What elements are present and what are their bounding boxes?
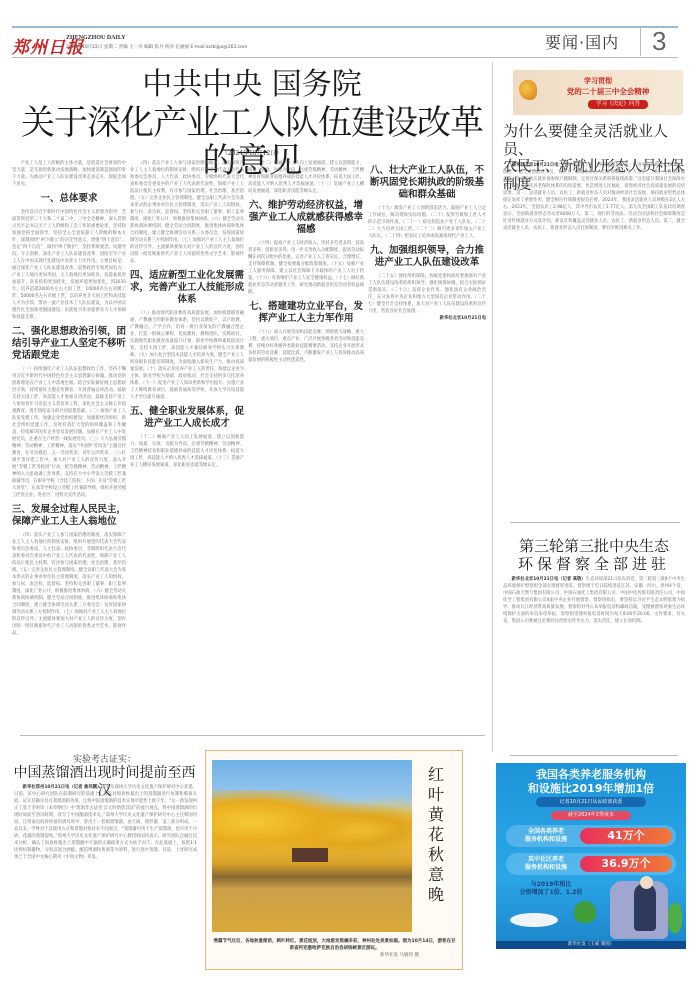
right-article2-title-line1: 第三轮第三批中央生态 (503, 537, 685, 555)
stat-label-total-line1: 全国各类养老 (512, 828, 580, 836)
archaeology-body: 新华社郑州10月21日电（记者 桑邦鹏）记者从郑州大学历史文化遗产保护研究中心获… (14, 784, 197, 964)
right-article1-text: 《中共中央关于进一步全面深化改革、推进中国式现代化的决定》指出：“健全灵活就业人… (503, 163, 685, 231)
elderly-care-infographic: 我国各类养老服务机构 和设施比2019年增加1倍 记者10月21日从民政部获悉 … (496, 763, 686, 949)
section-divider (640, 28, 641, 56)
article-column-1: 产业工人是工人阶级的主体力量，是创造社会财富的中坚力量，是实施创新驱动发展战略、… (12, 160, 126, 725)
section-heading-8: 八、壮大产业工人队伍，不断巩固党长期执政的阶级基础和群众基础 (368, 165, 486, 201)
right-article2-body: 新华社北京10月21日电（记者 高敬）生态环境部21日发布消息，第三轮第三批8个… (503, 576, 685, 748)
archaeology-text: 记者从郑州大学历史文化遗产保护研究中心获悉，日前，该中心研究团队在前期研究的基础… (14, 785, 197, 860)
comparison-line1: 与2019年相比 (506, 881, 596, 889)
autumn-landscape-photo (212, 760, 412, 932)
section-body-6: （十四）提高产业工人经济收入。坚持多劳者多得，技高者多得，创新者多得。进一步完善… (248, 240, 364, 296)
section-body-1: 坚持以习近平新时代中国特色社会主义思想为指导，全面贯彻党的二十大和二十届二中、三… (12, 209, 126, 321)
plant-illustration-right (668, 903, 682, 933)
section-body-9: （二十五）强化组织保障。各级党委和政府要加强对产业工人队伍建设改革的组织领导，强… (368, 273, 486, 315)
right-article2-title-line2: 环保督察全部进驻 (503, 555, 685, 573)
article-column-4: 八、壮大产业工人队伍，不断巩固党长期执政的阶级基础和群众基础 （十九）激发产业工… (368, 160, 486, 725)
infographic-title-line1: 我国各类养老服务机构 (496, 768, 686, 782)
study-banner: 学习贯彻 党的二十届三中全会精神 学习《决定》问答 (513, 70, 683, 115)
section-body-3-cont: （四）落实产业工人参与国家治理的制度。落实保障产业工人主人翁地位的制度安排，组织… (130, 160, 244, 265)
banner-line1: 学习贯彻 (513, 76, 683, 86)
column-divider (492, 62, 493, 752)
section-body-5-cont: （十二）畅通产业工人向上发展通道。建立以创新能力、质量、实效、贡献为导向，注重劳… (248, 160, 364, 195)
section-heading-2: 二、强化思想政治引领，团结引导产业工人坚定不移听党话跟党走 (12, 326, 126, 362)
right-divider-2 (510, 755, 678, 756)
banner-tag: 学习《决定》问答 (588, 100, 648, 109)
right-article2-headline: 第三轮第三批中央生态 环保督察全部进驻 (503, 537, 685, 573)
section-body-4: （八）推动现代职业教育高质量发展。加快构建职普融通、产教融合的职业教育体系，坚持… (130, 310, 244, 401)
side-table-illustration (510, 913, 558, 927)
pavilion-illustration (292, 848, 328, 862)
right-article2-byline: 新华社北京10月21日电（记者 高敬） (512, 577, 586, 582)
archaeology-byline: 新华社郑州10月21日电（记者 桑邦鹏） (23, 785, 102, 790)
section-body-7: （十八）深入开展劳动和技能竞赛。围绕重大战略、重大工程、重大项目、重点产业，广泛… (248, 329, 364, 364)
infographic-credit: 新华社发（王威 制图） (496, 941, 686, 949)
stat-value-community: 36.9万个 (580, 856, 672, 872)
right-article2-text: 生态环境部21日发布消息，第三轮第三批8个中央生态环境保护督察组全部实现督察进驻… (503, 577, 685, 624)
stat-label-total: 全国各类养老 服务机构和设施 (512, 828, 580, 844)
infographic-comparison: 与2019年相比 分别增加了1倍、1.2倍 (506, 881, 596, 897)
section-body-8: （十九）激发产业工人创新创造活力。鼓励产业工人立足工作岗位，解决现场实际问题。（… (368, 205, 486, 240)
infographic-title: 我国各类养老服务机构 和设施比2019年增加1倍 (496, 768, 686, 796)
section-heading-6: 六、维护劳动经济权益，增强产业工人成就感获得感幸福感 (248, 200, 364, 236)
stat-value-total: 41万个 (580, 828, 672, 844)
main-end-credit: 新华社北京10月21日电 (368, 315, 486, 322)
section-title: 要闻·国内 (545, 30, 619, 53)
right-article1-body: 新华社北京10月21日电《中共中央关于进一步全面深化改革、推进中国式现代化的决定… (503, 162, 685, 514)
intro-paragraph: 产业工人是工人阶级的主体力量，是创造社会财富的中坚力量，是实施创新驱动发展战略、… (12, 160, 126, 188)
stat-row-total: 全国各类养老 服务机构和设施 41万个 (506, 825, 676, 847)
banner-line2: 党的二十届三中全会精神 (533, 86, 683, 97)
newspaper-english-name: ZHENGZHOU DAILY (66, 35, 126, 41)
section-heading-5: 五、健全职业发展体系，促进产业工人成长成才 (130, 406, 244, 430)
section-body-3: （四）落实产业工人参与国家治理的制度。落实保障产业工人主人翁地位的制度安排，组织… (12, 532, 126, 637)
photo-credit: 新华社发 马晓伟 摄 (380, 952, 419, 958)
right-article1-byline: 新华社北京10月21日电 (512, 163, 559, 168)
masthead-top-rule (12, 26, 510, 28)
infographic-date-tag: 截至2024年2季度末 (551, 811, 631, 820)
right-article1-title-line1: 为什么要健全灵活就业人员、 (503, 122, 685, 158)
stat-row-community: 其中社区养老 服务机构和设施 36.9万个 (506, 853, 676, 875)
comparison-line2: 分别增加了1倍、1.2倍 (506, 889, 596, 897)
section-heading-9: 九、加强组织领导，合力推进产业工人队伍建设改革 (368, 245, 486, 269)
stat-label-total-line2: 服务机构和设施 (512, 836, 580, 844)
section-heading-7: 七、搭建建功立业平台，发挥产业工人主力军作用 (248, 301, 364, 325)
main-headline-line1: 中共中央 国务院 (12, 66, 492, 104)
section-body-2: （一）持续强化产业工人队伍思想政治工作。坚持不懈用习近平新时代中国特色社会主义思… (12, 366, 126, 499)
stat-label-community: 其中社区养老 服务机构和设施 (512, 856, 580, 872)
masthead-bottom-rule-right (510, 57, 678, 58)
stat-label-community-line2: 服务机构和设施 (512, 864, 580, 872)
page-number: 3 (652, 26, 666, 57)
horizontal-divider (20, 735, 485, 736)
infographic-title-line2: 和设施比2019年增加1倍 (496, 782, 686, 796)
photo-feature-title: 红叶黄花秋意晚 (425, 765, 447, 905)
section-body-5: （十二）畅通产业工人向上发展通道。建立以创新能力、质量、实效、贡献为导向，注重劳… (130, 434, 244, 469)
elderly-person-illustration (634, 883, 656, 931)
issue-info: 2024年10月22日 星期二 责编 王一洋 编辑 崔丹 校对 孔丽丽 E-ma… (66, 44, 247, 50)
plant-illustration (574, 901, 596, 923)
stat-label-community-line1: 其中社区养老 (512, 856, 580, 864)
right-divider-1 (510, 522, 680, 523)
main-dateline: （2024年10月12日） (12, 148, 492, 157)
masthead-bottom-rule (12, 57, 510, 58)
article-column-3: （十二）畅通产业工人向上发展通道。建立以创新能力、质量、实效、贡献为导向，注重劳… (248, 160, 364, 725)
photo-caption: 寒露节气过后，各地秋意渐浓，枫叶转红，黄花绽放，大地愈发斑斓多彩，神州处处美景如… (212, 938, 457, 952)
infographic-source: 记者10月21日从民政部获悉 (536, 797, 646, 807)
person-head-illustration (640, 876, 653, 889)
article-column-2: （四）落实产业工人参与国家治理的制度。落实保障产业工人主人翁地位的制度安排，组织… (130, 160, 244, 725)
section-heading-1: 一、总体要求 (12, 193, 126, 205)
section-heading-3: 三、发展全过程人民民主，保障产业工人主人翁地位 (12, 504, 126, 528)
section-heading-4: 四、适应新型工业化发展需求，完善产业工人技能形成体系 (130, 270, 244, 306)
